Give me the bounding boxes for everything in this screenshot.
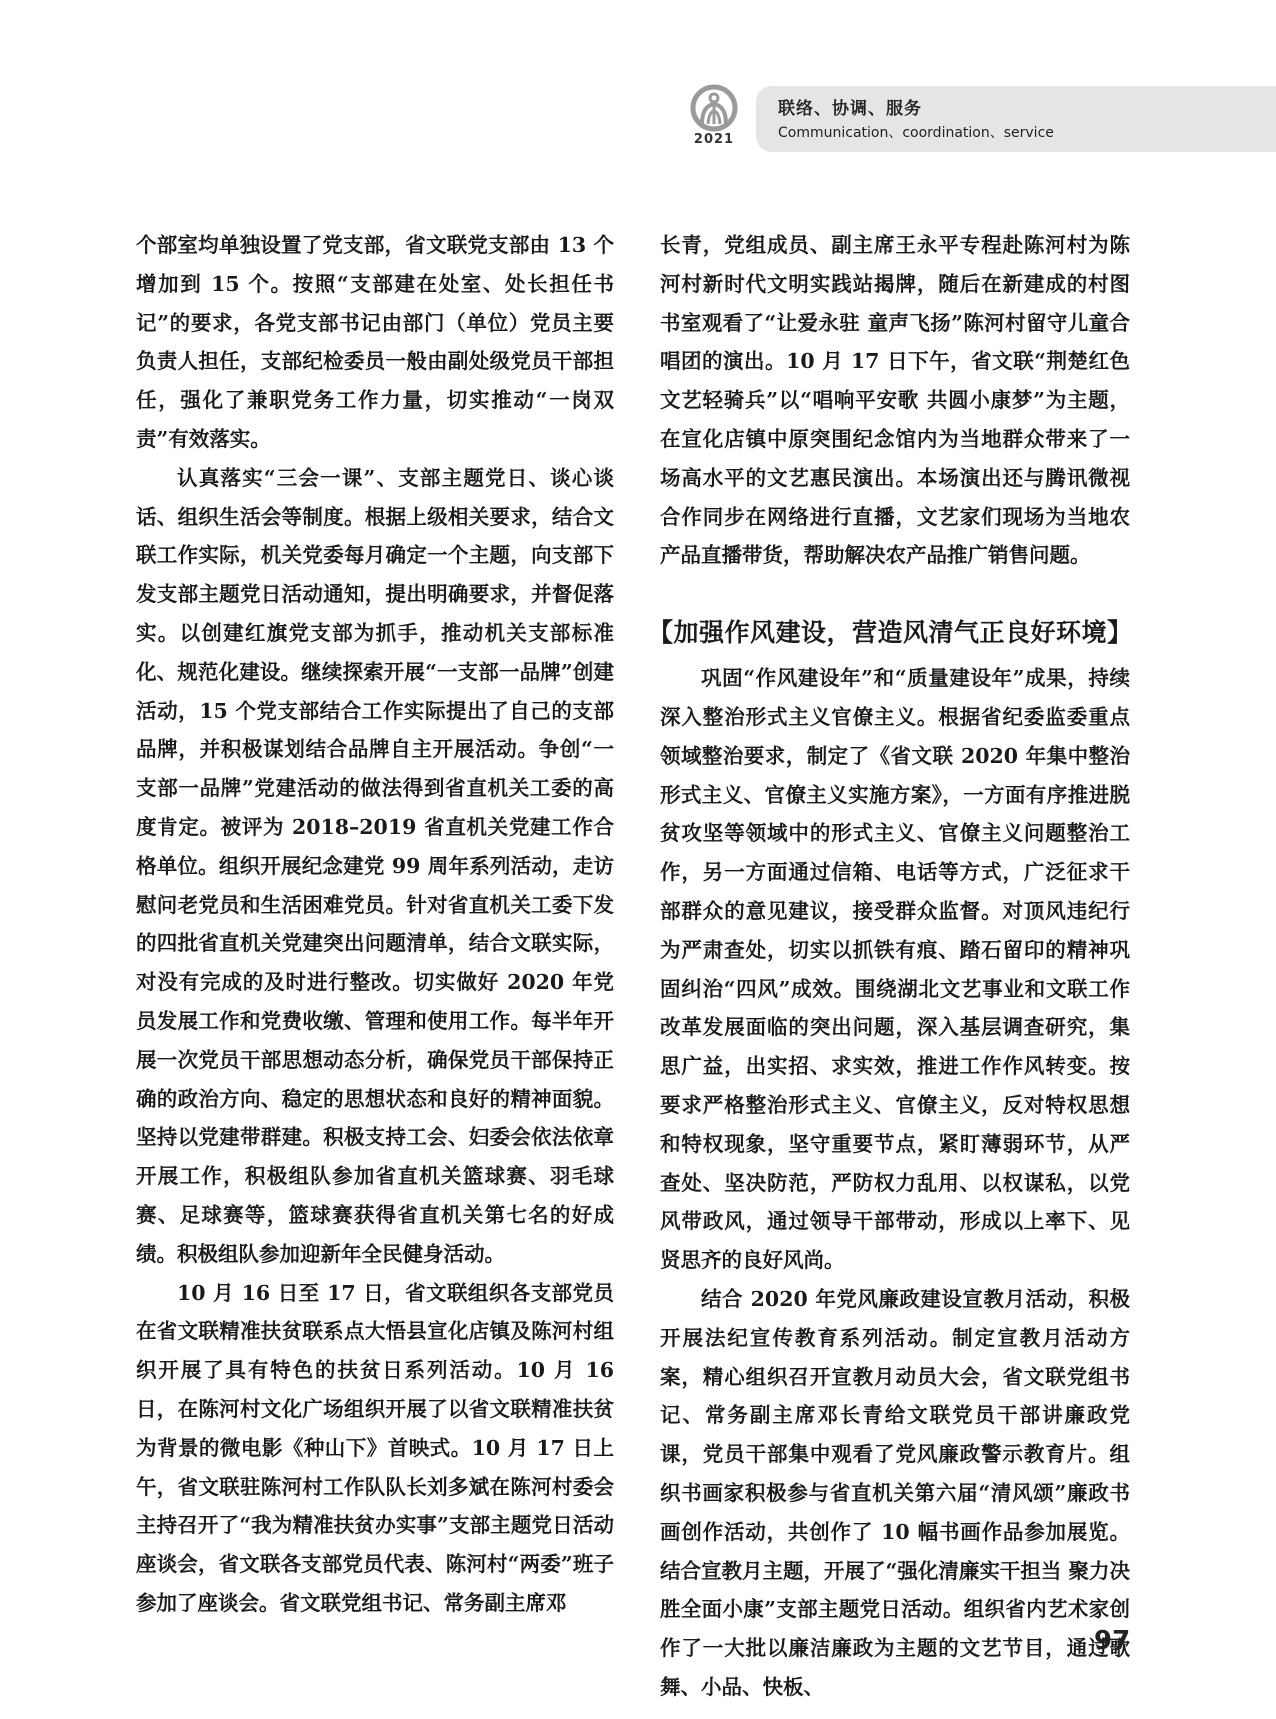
page-number: 97	[1094, 1626, 1130, 1656]
logo: 2021	[688, 84, 740, 148]
banner-subtitle: Communication、coordination、service	[778, 122, 1054, 142]
paragraph: 结合 2020 年党风廉政建设宣教月活动，积极开展法纪宣传教育系列活动。制定宣教…	[660, 1280, 1130, 1707]
paragraph: 个部室均单独设置了党支部，省文联党支部由 13 个增加到 15 个。按照“支部建…	[136, 226, 614, 459]
paragraph: 认真落实“三会一课”、支部主题党日、谈心谈话、组织生活会等制度。根据上级相关要求…	[136, 459, 614, 1274]
paragraph: 10 月 16 日至 17 日，省文联组织各支部党员在省文联精准扶贫联系点大悟县…	[136, 1274, 614, 1623]
left-column: 个部室均单独设置了党支部，省文联党支部由 13 个增加到 15 个。按照“支部建…	[136, 226, 614, 1623]
page-header: 2021 联络、协调、服务 Communication、coordination…	[0, 0, 1276, 170]
paragraph: 巩固“作风建设年”和“质量建设年”成果，持续深入整治形式主义官僚主义。根据省纪委…	[660, 659, 1130, 1280]
section-heading: 【加强作风建设，营造风清气正良好环境】	[648, 611, 1130, 655]
paragraph: 长青，党组成员、副主席王永平专程赴陈河村为陈河村新时代文明实践站揭牌，随后在新建…	[660, 226, 1130, 575]
header-banner: 联络、协调、服务 Communication、coordination、serv…	[756, 86, 1276, 152]
banner-title: 联络、协调、服务	[778, 94, 922, 119]
logo-year: 2021	[688, 132, 740, 147]
right-column: 长青，党组成员、副主席王永平专程赴陈河村为陈河村新时代文明实践站揭牌，随后在新建…	[660, 226, 1130, 1707]
federation-emblem-icon	[688, 84, 740, 132]
